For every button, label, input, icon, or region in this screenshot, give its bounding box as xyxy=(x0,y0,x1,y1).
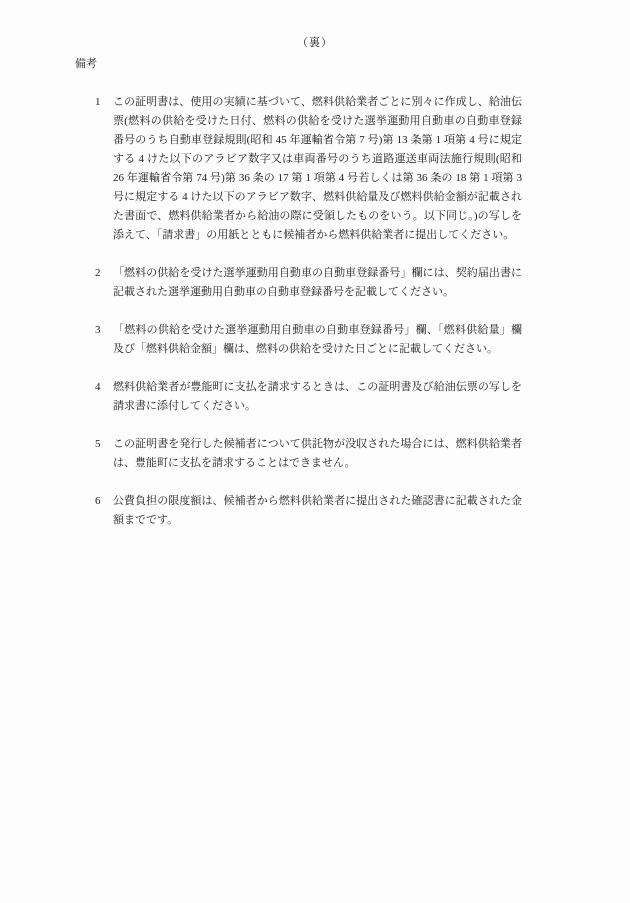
note-item: 6 公費負担の限度額は、候補者から燃料供給業者に提出された確認書に記載された金額… xyxy=(95,492,522,530)
note-number: 4 xyxy=(95,378,113,397)
note-text: この証明書を発行した候補者について供託物が没収された場合には、燃料供給業者は、豊… xyxy=(113,435,522,473)
notes-heading: 備考 xyxy=(75,55,522,74)
note-number: 1 xyxy=(95,93,113,112)
document-page: （裏） 備考 1 この証明書は、使用の実績に基づいて、燃料供給業者ごとに別々に作… xyxy=(0,0,630,903)
note-number: 6 xyxy=(95,492,113,511)
note-text: 公費負担の限度額は、候補者から燃料供給業者に提出された確認書に記載された金額まで… xyxy=(113,492,522,530)
note-text: 「燃料の供給を受けた選挙運動用自動車の自動車登録番号」欄には、契約届出書に記載さ… xyxy=(113,264,522,302)
note-number: 5 xyxy=(95,435,113,454)
note-text: この証明書は、使用の実績に基づいて、燃料供給業者ごとに別々に作成し、給油伝票(燃… xyxy=(113,93,522,245)
note-item: 3 「燃料の供給を受けた選挙運動用自動車の自動車登録番号」欄、「燃料供給量」欄及… xyxy=(95,321,522,359)
note-item: 1 この証明書は、使用の実績に基づいて、燃料供給業者ごとに別々に作成し、給油伝票… xyxy=(95,93,522,245)
document-content: 備考 1 この証明書は、使用の実績に基づいて、燃料供給業者ごとに別々に作成し、給… xyxy=(0,55,630,530)
note-text: 燃料供給業者が豊能町に支払を請求するときは、この証明書及び給油伝票の写しを請求書… xyxy=(113,378,522,416)
note-item: 4 燃料供給業者が豊能町に支払を請求するときは、この証明書及び給油伝票の写しを請… xyxy=(95,378,522,416)
note-number: 3 xyxy=(95,321,113,340)
notes-list: 1 この証明書は、使用の実績に基づいて、燃料供給業者ごとに別々に作成し、給油伝票… xyxy=(95,93,522,530)
note-item: 2 「燃料の供給を受けた選挙運動用自動車の自動車登録番号」欄には、契約届出書に記… xyxy=(95,264,522,302)
page-side-label: （裏） xyxy=(0,0,630,53)
note-number: 2 xyxy=(95,264,113,283)
note-text: 「燃料の供給を受けた選挙運動用自動車の自動車登録番号」欄、「燃料供給量」欄及び「… xyxy=(113,321,522,359)
note-item: 5 この証明書を発行した候補者について供託物が没収された場合には、燃料供給業者は… xyxy=(95,435,522,473)
